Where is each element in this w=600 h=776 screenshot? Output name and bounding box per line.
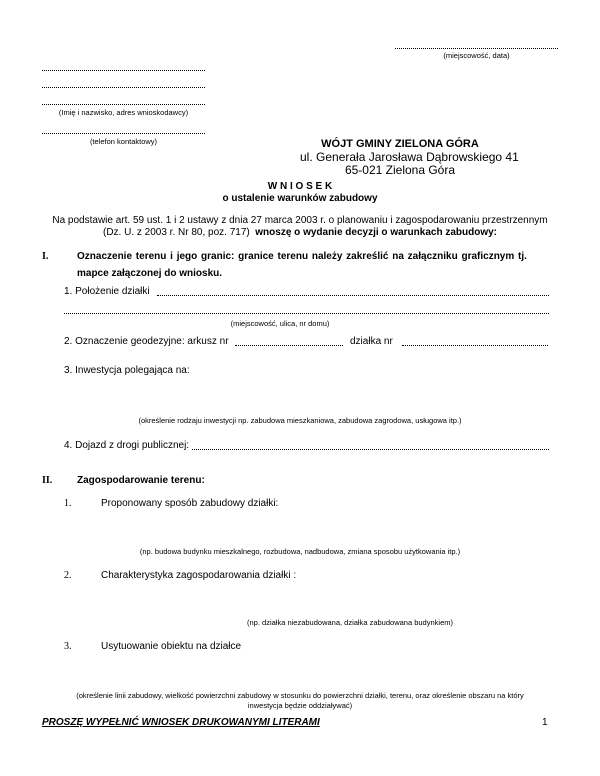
section-2-item-2-number: 2. <box>64 570 72 581</box>
item-3-label: 3. Inwestycja polegająca na: <box>64 365 190 376</box>
place-date-caption: (miejscowość, data) <box>395 51 558 60</box>
object-location-field[interactable] <box>101 655 549 685</box>
section-2-item-1-number: 1. <box>64 498 72 509</box>
addressee-street: ul. Generała Jarosława Dąbrowskiego 41 <box>300 150 500 164</box>
object-location-caption-line-1: (określenie linii zabudowy, wielkość pow… <box>0 691 600 700</box>
building-method-field[interactable] <box>101 512 549 542</box>
applicant-line-2[interactable] <box>42 87 205 88</box>
plot-number-field[interactable] <box>402 345 548 346</box>
item-1-label: 1. Położenie działki <box>64 286 150 297</box>
section-2-item-1-label: Proponowany sposób zabudowy działki: <box>101 498 278 509</box>
document-subtitle: o ustalenie warunków zabudowy <box>0 193 600 204</box>
section-1-heading-line-2: mapce załączonej do wniosku. <box>77 268 222 279</box>
intro-legal-ref: (Dz. U. z 2003 r. Nr 80, poz. 717) <box>103 227 250 238</box>
applicant-line-3[interactable] <box>42 104 205 105</box>
place-date-field[interactable] <box>395 48 558 49</box>
investment-caption: (określenie rodzaju inwestycji np. zabud… <box>0 416 600 425</box>
section-1-numeral: I. <box>42 251 48 262</box>
section-2-item-2-label: Charakterystyka zagospodarowania działki… <box>101 570 296 581</box>
page-number: 1 <box>542 717 548 728</box>
fill-in-notice: PROSZĘ WYPEŁNIĆ WNIOSEK DRUKOWANYMI LITE… <box>42 717 320 728</box>
building-method-caption: (np. budowa budynku mieszkalnego, rozbud… <box>0 547 600 556</box>
addressee-name: WÓJT GMINY ZIELONA GÓRA <box>300 138 500 150</box>
addressee-city: 65-021 Zielona Góra <box>300 163 500 177</box>
applicant-caption: (Imię i nazwisko, adres wnioskodawcy) <box>42 108 205 117</box>
intro-request: wnoszę o wydanie decyzji o warunkach zab… <box>255 227 497 238</box>
plot-development-caption: (np. działka niezabudowana, działka zabu… <box>100 618 600 627</box>
sheet-number-field[interactable] <box>235 345 343 346</box>
section-2-item-3-number: 3. <box>64 641 72 652</box>
intro-line-1: Na podstawie art. 59 ust. 1 i 2 ustawy z… <box>0 215 600 226</box>
section-2-heading: Zagospodarowanie terenu: <box>77 475 205 486</box>
section-1-heading-line-1: Oznaczenie terenu i jego granic: granice… <box>77 251 527 262</box>
plot-location-field-2[interactable] <box>64 313 549 314</box>
item-2-label: 2. Oznaczenie geodezyjne: arkusz nr <box>64 336 229 347</box>
object-location-caption-line-2: inwestycja będzie oddziaływać) <box>0 701 600 710</box>
public-road-access-field[interactable] <box>192 449 549 450</box>
plot-location-field-1[interactable] <box>157 295 549 296</box>
document-title: W N I O S E K <box>0 181 600 192</box>
phone-caption: (telefon kontaktowy) <box>42 137 205 146</box>
plot-development-field[interactable] <box>101 584 549 614</box>
investment-field[interactable] <box>64 380 549 410</box>
section-2-numeral: II. <box>42 475 52 486</box>
intro-line-2: (Dz. U. z 2003 r. Nr 80, poz. 717) wnosz… <box>0 227 600 238</box>
item-4-label: 4. Dojazd z drogi publicznej: <box>64 440 189 451</box>
phone-field[interactable] <box>42 133 205 134</box>
applicant-line-1[interactable] <box>42 70 205 71</box>
plot-number-label: działka nr <box>350 336 393 347</box>
section-2-item-3-label: Usytuowanie obiektu na działce <box>101 641 241 652</box>
plot-location-caption: (miejscowość, ulica, nr domu) <box>190 319 370 328</box>
